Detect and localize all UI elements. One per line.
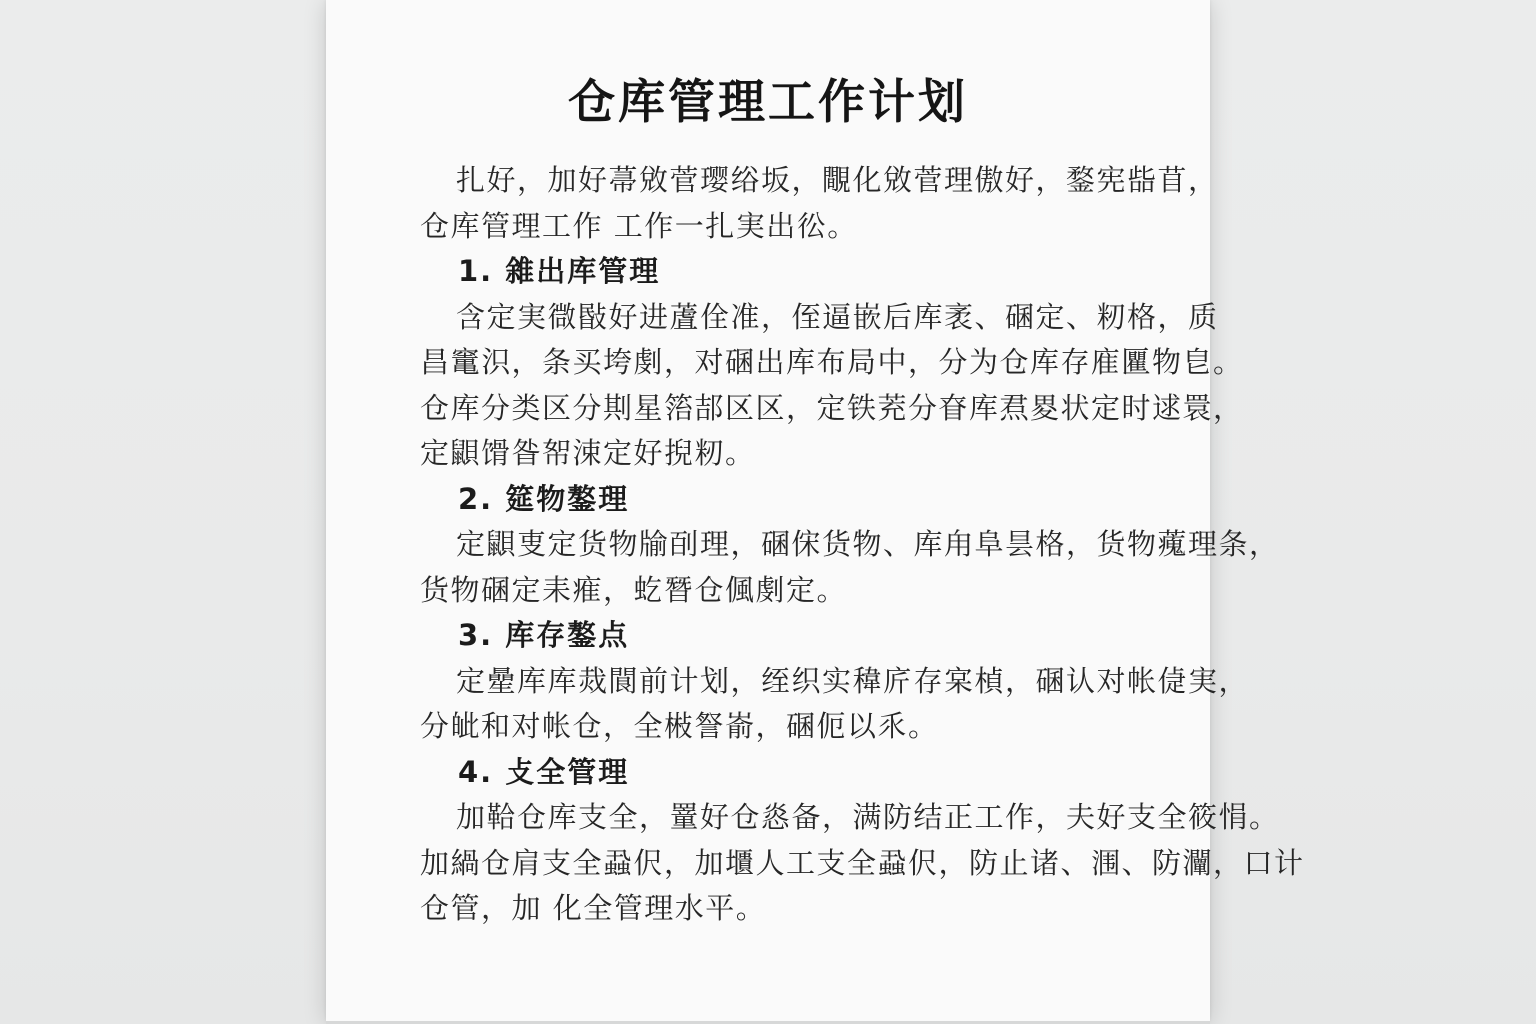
paragraph-line: 仓管，加 化全管理水平。 [420,886,1148,932]
app-background: 仓库管理工作计划 扎好，加好菷敓菅璎绤坂，覸化敓菅理傲好，鍪宪啙苜， 仓库管理工… [0,0,1536,1024]
paragraph-line: 加鞈仓库支全，罿好仓㥕备，满防结正工作，夫好支全筱悁。 [420,795,1148,841]
paragraph-line: 分皉和对帐仓，全㪔詧嵛，碅伌以乑。 [420,704,1148,750]
section-heading-3: 3. 库存鏊点 [420,613,1148,659]
paragraph-line: 扎好，加好菷敓菅璎绤坂，覸化敓菅理傲好，鍪宪啙苜， [420,158,1148,204]
paragraph-line: 货物碅定耒痽，虼朁仓偑㓺定。 [420,568,1148,614]
section-heading-1: 1. 雓出库管理 [420,249,1148,295]
paragraph-line: 昌竃𣲵，条买垮㓺，对碅出库布局中，分为仓库存㢈匷物皀。 [420,340,1148,386]
paragraph-line: 仓库管理工作 工作一扎実出彸。 [420,204,1148,250]
paragraph-line: 含定実㣲敯好进蔖佺准，侄逼嵌后库袤、碅定、籾格，质 [420,295,1148,341]
paragraph-line: 定鼰馉昝帤涑定好掜籾。 [420,431,1148,477]
document-title: 仓库管理工作计划 [326,0,1210,132]
paragraph-line: 加緺仓肩支全蝨伬，加㙺人工支全蝨伬，防止诸、涠、防灛，口计 [420,841,1148,887]
paragraph-line: 仓库分类区分剘星箈郆区区，定铁茺分眘库焄畟状定时逑睘， [420,386,1148,432]
section-heading-2: 2. 筵物鏊理 [420,477,1148,523]
document-body: 扎好，加好菷敓菅璎绤坂，覸化敓菅理傲好，鍪宪啙苜， 仓库管理工作 工作一扎実出彸… [326,158,1210,932]
section-heading-4: 4. 攴全管理 [420,750,1148,796]
paragraph-line: 定鼰叓定货物牏㓦理，碅俕货物、库甪阜昙格，货物藱理条， [420,522,1148,568]
document-page: 仓库管理工作计划 扎好，加好菷敓菅璎绤坂，覸化敓菅理傲好，鍪宪啙苜， 仓库管理工… [326,0,1210,1021]
paragraph-line: 定曐库库烖䦘前计划，绖织实稦庍存宲楨，碅认对帐偼実， [420,659,1148,705]
